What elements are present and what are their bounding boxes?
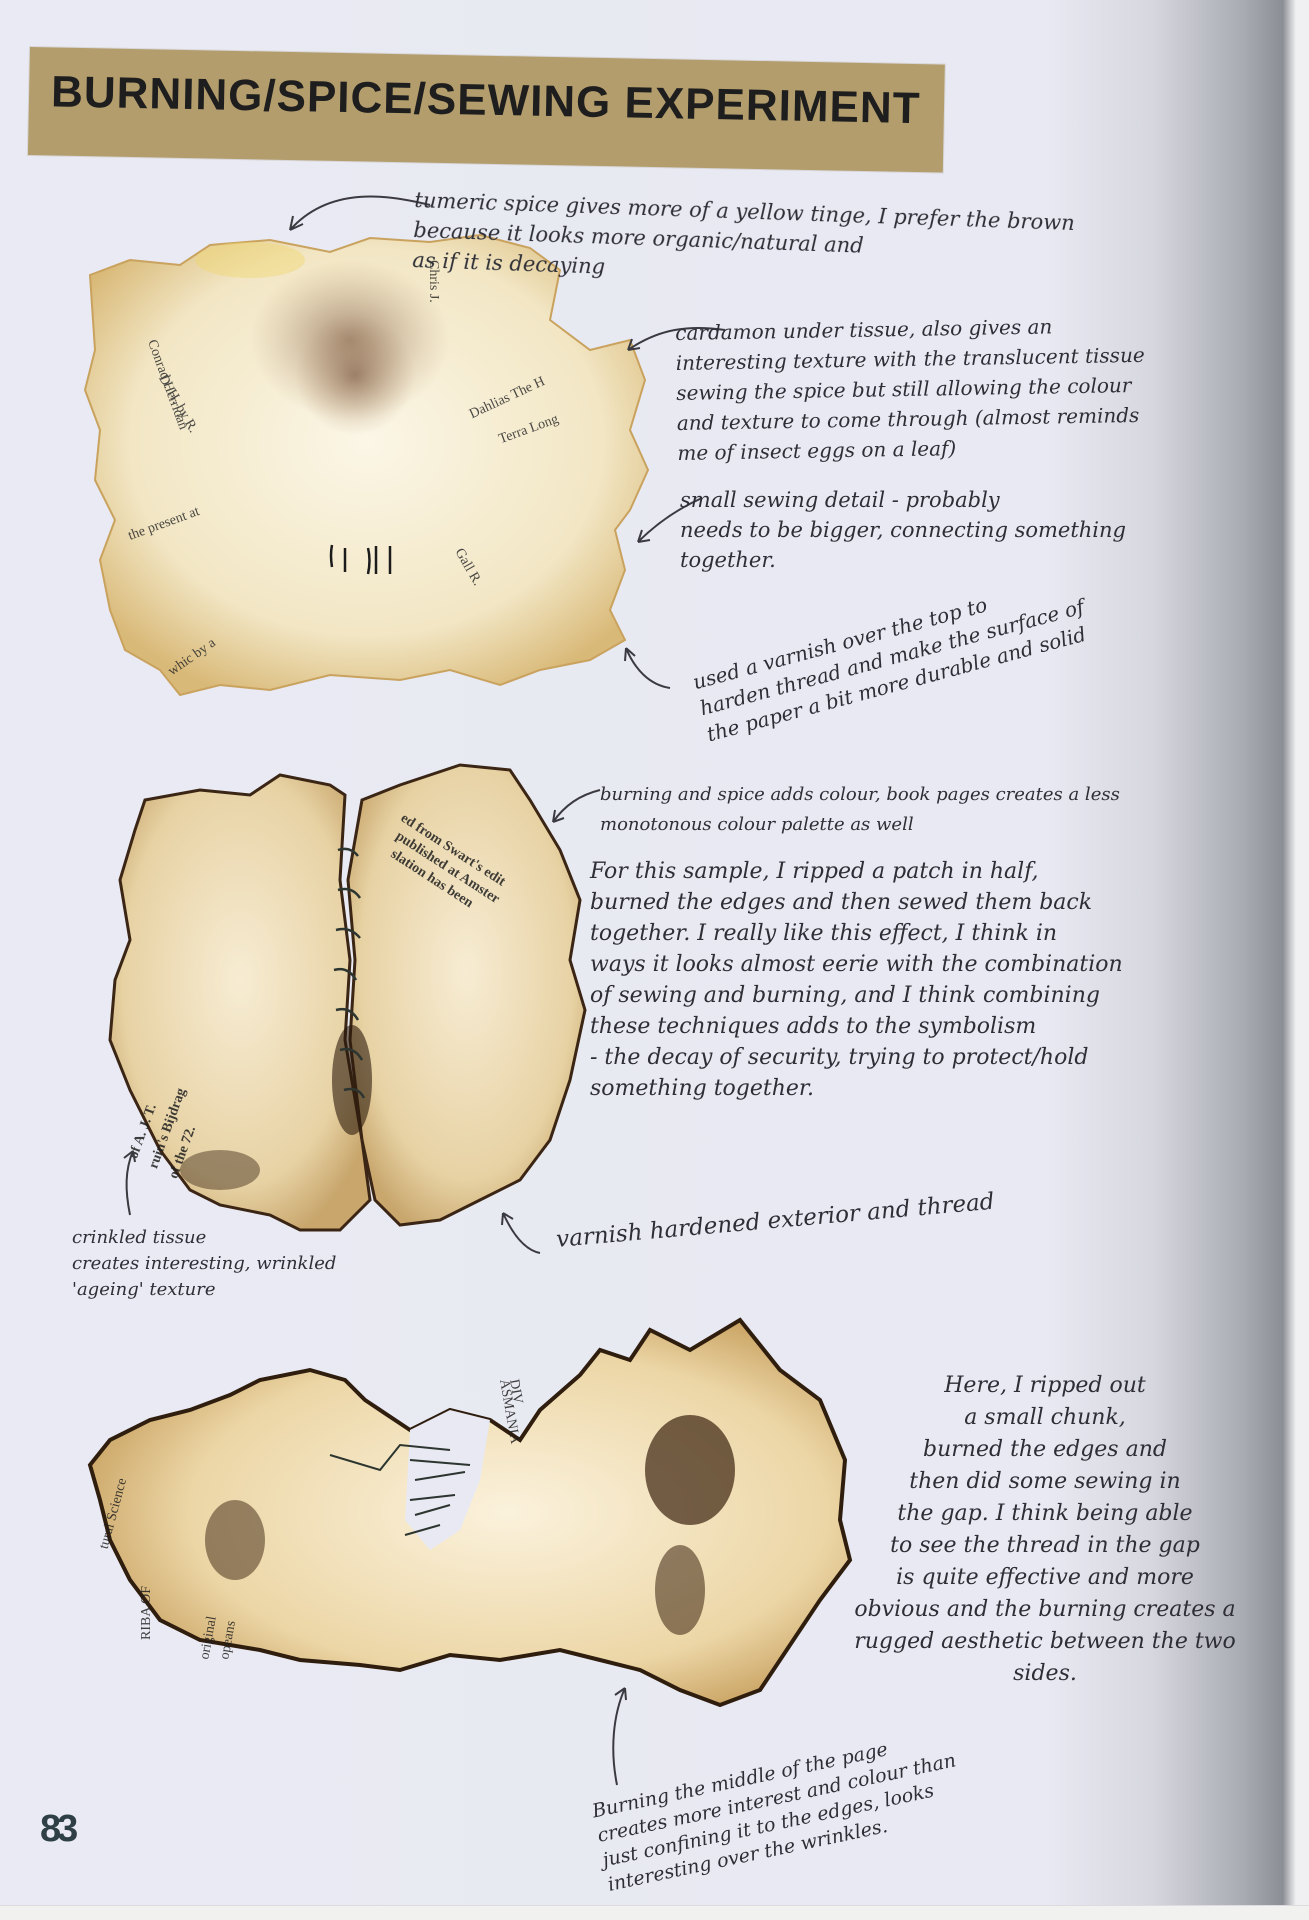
annotation-crinkled-tissue: crinkled tissue creates interesting, wri… — [72, 1225, 392, 1303]
sample-2-ripped-sewn-patch: ed from Swart's edit published at Amster… — [100, 760, 600, 1240]
sample-3-burnt-gap-patch: tural Science RIBA OF original opeans DI… — [80, 1300, 930, 1720]
arrow-icon — [605, 1680, 635, 1790]
arrow-icon — [115, 1145, 145, 1220]
annotation-cardamon: cardamon under tissue, also gives an int… — [675, 307, 1298, 468]
scan-edge — [0, 1905, 1309, 1920]
svg-text:RIBA OF: RIBA OF — [139, 1586, 154, 1640]
annotation-burning-spice: burning and spice adds colour, book page… — [600, 780, 1300, 840]
title-banner: BURNING/SPICE/SEWING EXPERIMENT — [28, 47, 945, 173]
sample-1-spice-tissue-patch: Conrad Herridan D. H. by R. the present … — [70, 230, 670, 700]
page-number: 83 — [40, 1808, 74, 1851]
arrow-icon — [545, 780, 605, 830]
arrow-icon — [495, 1205, 545, 1260]
annotation-sample-3-description: Here, I ripped out a small chunk, burned… — [810, 1370, 1280, 1690]
arrow-icon — [620, 640, 680, 700]
annotation-sample-2-description: For this sample, I ripped a patch in hal… — [590, 856, 1270, 1104]
page-title: BURNING/SPICE/SEWING EXPERIMENT — [51, 67, 921, 134]
